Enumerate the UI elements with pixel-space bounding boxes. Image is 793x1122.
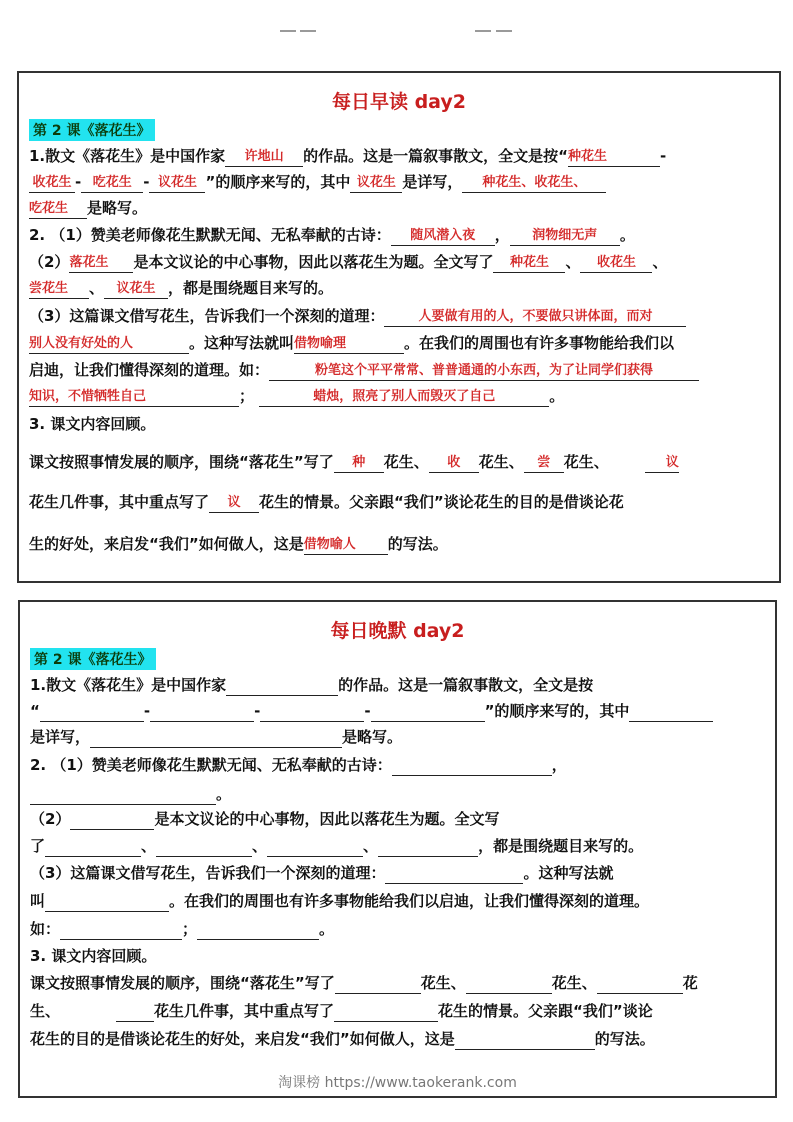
answer-method: 借物喻理 [294, 335, 404, 354]
header-dash [280, 30, 296, 32]
footer-watermark: 淘课榜 https://www.taokerank.com [20, 1072, 775, 1092]
text: ， [552, 756, 567, 774]
q2-part1: 2. （1）赞美老师像花生默默无闻、无私奉献的古诗：随风潜入夜，润物细无声。 [29, 224, 771, 246]
answer-seq2: 收花生 [29, 174, 75, 193]
q2-part1: 2. （1）赞美老师像花生默默无闻、无私奉献的古诗： ， [30, 754, 767, 776]
answer-b4: 议 [645, 454, 679, 473]
q2-part3-line3: 启迪，让我们懂得深刻的道理。如：粉笔这个平平常常、普普通通的小东西，为了让同学们… [29, 359, 771, 381]
text: 、 [252, 837, 267, 855]
text: 如： [30, 920, 60, 938]
answer-b2: 收 [429, 454, 479, 473]
blank-b2[interactable] [466, 975, 552, 994]
blank-b1[interactable] [335, 975, 421, 994]
header-dash [300, 30, 316, 32]
blank-b6[interactable] [455, 1031, 595, 1050]
answer-event3: 尝花生 [29, 280, 89, 299]
text: 是略写。 [87, 199, 147, 217]
text: 的作品。这是一篇叙事散文，全文是按“ [303, 147, 568, 165]
blank-seq4[interactable] [371, 703, 485, 722]
text: 。 [319, 920, 334, 938]
text: ，都是围绕题目来写的。 [478, 837, 643, 855]
morning-title: 每日早读 day2 [19, 87, 779, 114]
text: “ [30, 702, 40, 720]
q3-heading: 3. 课文内容回顾。 [29, 413, 771, 435]
q3-line3: 花生的目的是借谈论花生的好处，来启发“我们”如何做人，这是 的写法。 [30, 1028, 767, 1050]
text: 。这种写法就叫 [189, 334, 294, 352]
blank-seq2[interactable] [150, 703, 254, 722]
text: 的作品。这是一篇叙事散文，全文是按 [338, 676, 593, 694]
blank-method[interactable] [45, 893, 169, 912]
text: 花生、 [564, 453, 609, 471]
blank-author[interactable] [226, 677, 338, 696]
evening-title: 每日晚默 day2 [20, 616, 775, 643]
text: （2） [30, 810, 70, 828]
blank-example2[interactable] [197, 921, 319, 940]
q2-part3-examples: 如： ； 。 [30, 918, 767, 940]
text: ， [495, 226, 510, 244]
evening-dictation-card: 每日晚默 day2 第 2 课《落花生》 1.散文《落花生》是中国作家 的作品。… [18, 600, 777, 1098]
answer-poem2: 润物细无声 [510, 227, 620, 246]
q3-line1: 课文按照事情发展的顺序，围绕“落花生”写了种花生、收花生、尝花生、议 [29, 451, 771, 473]
blank-center[interactable] [70, 811, 154, 830]
text: 2. （1）赞美老师像花生默默无闻、无私奉献的古诗： [29, 226, 391, 244]
text: 、 [565, 253, 580, 271]
answer-seq3: 吃花生 [81, 174, 143, 193]
text: 是详写， [30, 728, 90, 746]
blank-example1[interactable] [60, 921, 182, 940]
q2-part3-cont: 叫 。在我们的周围也有许多事物能给我们以启迪，让我们懂得深刻的道理。 [30, 890, 767, 912]
lesson-label: 第 2 课《落花生》 [29, 119, 155, 141]
blank-b5[interactable] [334, 1003, 438, 1022]
blank-seq3[interactable] [260, 703, 364, 722]
text: 、 [652, 253, 667, 271]
text: 的写法。 [388, 535, 448, 553]
answer-brief2: 吃花生 [29, 200, 87, 219]
q2-part3: （3）这篇课文借写花生，告诉我们一个深刻的道理：人要做有用的人，不要做只讲体面，… [29, 305, 771, 327]
text: 1.散文《落花生》是中国作家 [29, 147, 225, 165]
text: ； [239, 387, 254, 405]
text: 生、 [30, 1002, 60, 1020]
answer-b1: 种 [334, 454, 384, 473]
q3-line1: 课文按照事情发展的顺序，围绕“落花生”写了 花生、 花生、 花 [30, 972, 767, 994]
text: （2） [29, 253, 69, 271]
header-dash [475, 30, 491, 32]
blank-b4[interactable] [116, 1003, 154, 1022]
text: 、 [363, 837, 378, 855]
text: 的写法。 [595, 1030, 655, 1048]
q2-part2-cont: 尝花生、议花生，都是围绕题目来写的。 [29, 277, 771, 299]
text: 。 [549, 387, 564, 405]
answer-event1: 种花生 [493, 254, 565, 273]
blank-event3[interactable] [267, 838, 363, 857]
text: 课文按照事情发展的顺序，围绕“落花生”写了 [29, 453, 334, 471]
q1-line3: 吃花生是略写。 [29, 197, 771, 219]
header-dash [496, 30, 512, 32]
q2-part2: （2） 是本文议论的中心事物，因此以落花生为题。全文写 [30, 808, 767, 830]
text: 花生几件事，其中重点写了 [154, 1002, 334, 1020]
q2-part2-cont: 了 、 、 、 ，都是围绕题目来写的。 [30, 835, 767, 857]
text: 花生、 [479, 453, 524, 471]
text: ，都是围绕题目来写的。 [168, 279, 333, 297]
q2-part3-cont: 别人没有好处的人。这种写法就叫借物喻理。在我们的周围也有许多事物能给我们以 [29, 332, 771, 354]
q1-line2: 收花生-吃花生-议花生”的顺序来写的，其中议花生是详写，种花生、收花生、 [29, 171, 771, 193]
text: 花生、 [552, 974, 597, 992]
answer-lesson2: 别人没有好处的人 [29, 335, 189, 354]
answer-brief1: 种花生、收花生、 [462, 174, 606, 193]
q3-line2: 生、 花生几件事，其中重点写了 花生的情景。父亲跟“我们”谈论 [30, 1000, 767, 1022]
text: 启迪，让我们懂得深刻的道理。如： [29, 361, 269, 379]
q1-line2: “ - - - ”的顺序来写的，其中 [30, 700, 767, 722]
text: 花生几件事，其中重点写了 [29, 493, 209, 511]
text: 花 [683, 974, 698, 992]
answer-seq1: 种花生 [568, 148, 660, 167]
answer-detail: 议花生 [350, 174, 402, 193]
blank-event2[interactable] [156, 838, 252, 857]
blank-event1[interactable] [45, 838, 141, 857]
text: 。在我们的周围也有许多事物能给我们以 [404, 334, 674, 352]
answer-event2: 收花生 [580, 254, 652, 273]
page-header-marks [0, 30, 793, 36]
q2-part3: （3）这篇课文借写花生，告诉我们一个深刻的道理： 。这种写法就 [30, 862, 767, 884]
text: 是本文议论的中心事物，因此以落花生为题。全文写 [154, 810, 499, 828]
text: 叫 [30, 892, 45, 910]
text: 课文按照事情发展的顺序，围绕“落花生”写了 [30, 974, 335, 992]
text: （3）这篇课文借写花生，告诉我们一个深刻的道理： [30, 864, 385, 882]
blank-poem2[interactable] [30, 786, 216, 805]
text: 2. （1）赞美老师像花生默默无闻、无私奉献的古诗： [30, 756, 392, 774]
text: 。 [216, 785, 231, 803]
text: ”的顺序来写的，其中 [485, 702, 630, 720]
morning-reading-card: 每日早读 day2 第 2 课《落花生》 1.散文《落花生》是中国作家许地山的作… [17, 71, 781, 583]
blank-seq1[interactable] [40, 703, 144, 722]
text: （3）这篇课文借写花生，告诉我们一个深刻的道理： [29, 307, 384, 325]
answer-seq4: 议花生 [149, 174, 205, 193]
text: 。在我们的周围也有许多事物能给我们以启迪，让我们懂得深刻的道理。 [169, 892, 649, 910]
blank-b3[interactable] [597, 975, 683, 994]
answer-example1b: 知识，不惜牺牲自己 [29, 388, 239, 407]
q2-part2: （2）落花生是本文议论的中心事物，因此以落花生为题。全文写了种花生、收花生、 [29, 251, 771, 273]
answer-center: 落花生 [69, 254, 133, 273]
q3-line2: 花生几件事，其中重点写了议花生的情景。父亲跟“我们”谈论花生的目的是借谈论花 [29, 491, 771, 513]
answer-b6: 借物喻人 [304, 536, 388, 555]
text: ”的顺序来写的，其中 [205, 173, 350, 191]
blank-poem1[interactable] [392, 757, 552, 776]
text: 。 [620, 226, 635, 244]
answer-example1a: 粉笔这个平平常常、普普通通的小东西，为了让同学们获得 [269, 362, 699, 381]
text: 是详写， [402, 173, 462, 191]
text: 。这种写法就 [523, 864, 613, 882]
blank-detail[interactable] [629, 703, 713, 722]
answer-b3: 尝 [524, 454, 564, 473]
q1-line3: 是详写， 是略写。 [30, 726, 767, 748]
q3-line3: 生的好处，来启发“我们”如何做人，这是借物喻人的写法。 [29, 533, 771, 555]
answer-author: 许地山 [225, 148, 303, 167]
text: 是本文议论的中心事物，因此以落花生为题。全文写了 [133, 253, 493, 271]
q3-heading: 3. 课文内容回顾。 [30, 945, 767, 967]
q1-line1: 1.散文《落花生》是中国作家 的作品。这是一篇叙事散文，全文是按 [30, 674, 767, 696]
text: 了 [30, 837, 45, 855]
answer-event4: 议花生 [104, 280, 168, 299]
text: 、 [141, 837, 156, 855]
text: 花生的情景。父亲跟“我们”谈论 [438, 1002, 653, 1020]
text: 是略写。 [342, 728, 402, 746]
answer-poem1: 随风潜入夜 [391, 227, 495, 246]
text: 花生的情景。父亲跟“我们”谈论花生的目的是借谈论花 [259, 493, 624, 511]
text: 花生、 [421, 974, 466, 992]
text: 、 [89, 279, 104, 297]
text: - [660, 147, 666, 165]
blank-lesson[interactable] [385, 865, 523, 884]
answer-lesson1: 人要做有用的人，不要做只讲体面，而对 [384, 308, 686, 327]
q1-line1: 1.散文《落花生》是中国作家许地山的作品。这是一篇叙事散文，全文是按“种花生- [29, 145, 771, 167]
answer-b5: 议 [209, 494, 259, 513]
text: 生的好处，来启发“我们”如何做人，这是 [29, 535, 304, 553]
q2-part1-cont: 。 [30, 783, 767, 805]
blank-event4[interactable] [378, 838, 478, 857]
q2-part3-line4: 知识，不惜牺牲自己； 蜡烛，照亮了别人而毁灭了自己。 [29, 385, 771, 407]
answer-example2: 蜡烛，照亮了别人而毁灭了自己 [259, 388, 549, 407]
text: 花生、 [384, 453, 429, 471]
text: ； [182, 920, 197, 938]
text: 1.散文《落花生》是中国作家 [30, 676, 226, 694]
text: 花生的目的是借谈论花生的好处，来启发“我们”如何做人，这是 [30, 1030, 455, 1048]
lesson-label: 第 2 课《落花生》 [30, 648, 156, 670]
blank-brief[interactable] [90, 729, 342, 748]
